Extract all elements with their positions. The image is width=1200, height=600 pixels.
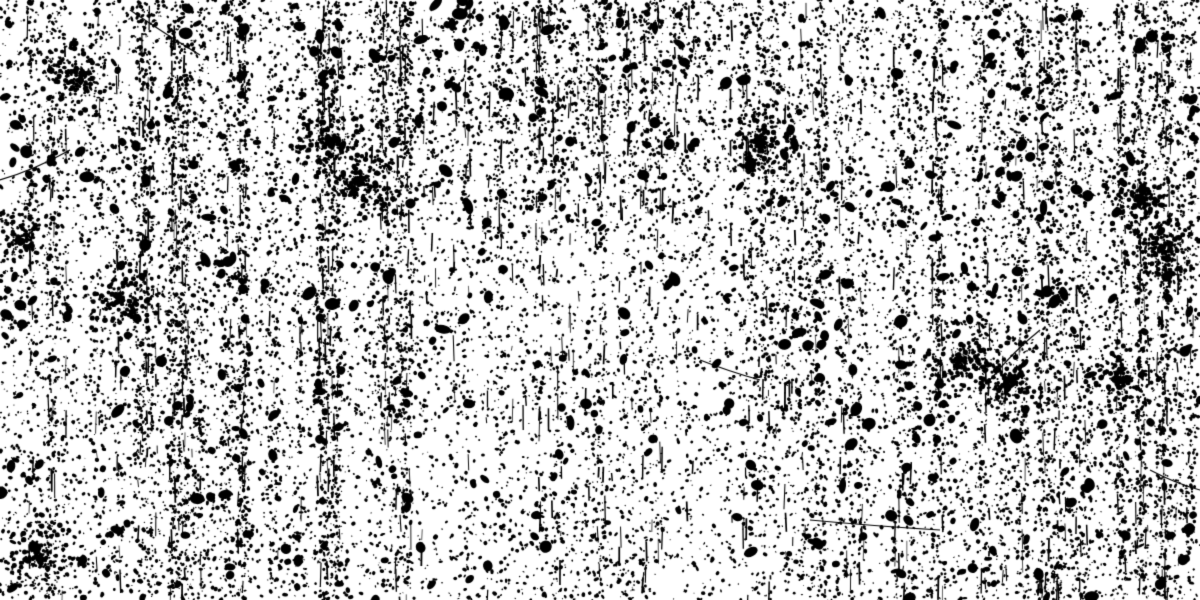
grunge-texture bbox=[0, 0, 1200, 600]
